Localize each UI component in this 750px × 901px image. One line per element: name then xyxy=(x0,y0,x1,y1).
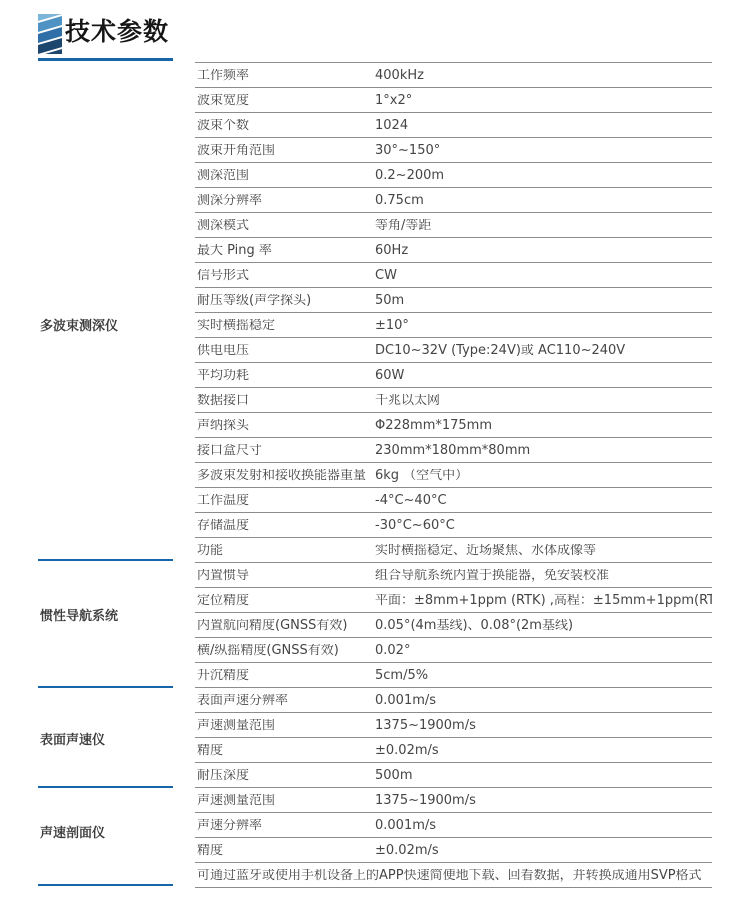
spec-param-name: 耐压等级(声学探头) xyxy=(195,294,375,307)
spec-param-value: DC10~32V (Type:24V)或 AC110~240V xyxy=(375,344,712,357)
spec-param-name: 耐压深度 xyxy=(195,769,375,782)
note-row: 可通过蓝牙或使用手机设备上的APP快速简便地下载、回看数据，并转换成通用SVP格… xyxy=(195,863,712,888)
spec-param-value: 1°x2° xyxy=(375,94,712,107)
spec-row: 平均功耗 60W xyxy=(195,363,712,388)
spec-param-name: 功能 xyxy=(195,544,375,557)
spec-row: 波束开角范围 30°~150° xyxy=(195,138,712,163)
spec-param-value: 千兆以太网 xyxy=(375,394,712,407)
spec-row: 横/纵摇精度(GNSS有效) 0.02° xyxy=(195,638,712,663)
spec-row: 内置航向精度(GNSS有效) 0.05°(4m基线)、0.08°(2m基线) xyxy=(195,613,712,638)
spec-param-name: 横/纵摇精度(GNSS有效) xyxy=(195,644,375,657)
spec-param-value: 0.001m/s xyxy=(375,694,712,707)
spec-param-name: 供电电压 xyxy=(195,344,375,357)
spec-row: 功能 实时横摇稳定、近场聚焦、水体成像等 xyxy=(195,538,712,563)
spec-param-value: 0.75cm xyxy=(375,194,712,207)
spec-row: 工作频率 400kHz xyxy=(195,63,712,88)
spec-param-name: 定位精度 xyxy=(195,594,375,607)
spec-param-name: 工作频率 xyxy=(195,69,375,82)
spec-param-name: 内置航向精度(GNSS有效) xyxy=(195,619,375,632)
spec-row: 升沉精度 5cm/5% xyxy=(195,663,712,688)
spec-param-value: 0.2~200m xyxy=(375,169,712,182)
spec-param-name: 最大 Ping 率 xyxy=(195,244,375,257)
spec-row: 供电电压 DC10~32V (Type:24V)或 AC110~240V xyxy=(195,338,712,363)
spec-param-name: 多波束发射和接收换能器重量 xyxy=(195,469,375,482)
spec-param-name: 声速测量范围 xyxy=(195,719,375,732)
spec-row: 耐压等级(声学探头) 50m xyxy=(195,288,712,313)
title-underline xyxy=(38,58,173,61)
spec-row: 内置惯导 组合导航系统内置于换能器，免安装校准 xyxy=(195,563,712,588)
spec-param-value: 0.05°(4m基线)、0.08°(2m基线) xyxy=(375,619,712,632)
spec-param-name: 声速测量范围 xyxy=(195,794,375,807)
spec-row: 声速分辨率 0.001m/s xyxy=(195,813,712,838)
spec-param-name: 精度 xyxy=(195,844,375,857)
spec-param-value: 0.02° xyxy=(375,644,712,657)
spec-param-value: 1024 xyxy=(375,119,712,132)
spec-param-name: 信号形式 xyxy=(195,269,375,282)
spec-param-value: 400kHz xyxy=(375,69,712,82)
spec-table: 工作频率 400kHz 波束宽度 1°x2° 波束个数 1024 波束开角范围 … xyxy=(195,62,712,888)
spec-param-value: ±0.02m/s xyxy=(375,744,712,757)
spec-param-value: 组合导航系统内置于换能器，免安装校准 xyxy=(375,569,712,582)
spec-row: 实时横摇稳定 ±10° xyxy=(195,313,712,338)
spec-param-name: 波束个数 xyxy=(195,119,375,132)
spec-param-name: 测深模式 xyxy=(195,219,375,232)
spec-param-name: 实时横摇稳定 xyxy=(195,319,375,332)
spec-rows: 工作频率 400kHz 波束宽度 1°x2° 波束个数 1024 波束开角范围 … xyxy=(195,63,712,863)
spec-param-value: 1375~1900m/s xyxy=(375,794,712,807)
spec-param-name: 波束宽度 xyxy=(195,94,375,107)
spec-row: 测深范围 0.2~200m xyxy=(195,163,712,188)
spec-param-name: 升沉精度 xyxy=(195,669,375,682)
spec-param-value: Φ228mm*175mm xyxy=(375,419,712,432)
spec-param-value: 50m xyxy=(375,294,712,307)
spec-param-value: 60Hz xyxy=(375,244,712,257)
spec-param-value: 0.001m/s xyxy=(375,819,712,832)
category-label-sound-velocity-profiler: 声速剖面仪 xyxy=(40,826,190,841)
spec-row: 数据接口 千兆以太网 xyxy=(195,388,712,413)
note-text: 可通过蓝牙或使用手机设备上的APP快速简便地下载、回看数据，并转换成通用SVP格… xyxy=(195,869,712,882)
spec-param-value: 5cm/5% xyxy=(375,669,712,682)
spec-param-value: 500m xyxy=(375,769,712,782)
spec-row: 定位精度 平面：±8mm+1ppm (RTK) ,高程：±15mm+1ppm(R… xyxy=(195,588,712,613)
spec-param-value: 230mm*180mm*80mm xyxy=(375,444,712,457)
section-divider-line xyxy=(38,884,173,886)
spec-param-name: 声纳探头 xyxy=(195,419,375,432)
spec-row: 声速测量范围 1375~1900m/s xyxy=(195,788,712,813)
spec-row: 声速测量范围 1375~1900m/s xyxy=(195,713,712,738)
spec-row: 最大 Ping 率 60Hz xyxy=(195,238,712,263)
section-divider-line xyxy=(38,786,173,788)
spec-param-value: ±0.02m/s xyxy=(375,844,712,857)
spec-param-value: 平面：±8mm+1ppm (RTK) ,高程：±15mm+1ppm(RTK) xyxy=(375,594,712,607)
spec-row: 耐压深度 500m xyxy=(195,763,712,788)
spec-row: 精度 ±0.02m/s xyxy=(195,838,712,863)
spec-row: 接口盒尺寸 230mm*180mm*80mm xyxy=(195,438,712,463)
page-title: 技术参数 xyxy=(65,16,169,49)
spec-param-name: 波束开角范围 xyxy=(195,144,375,157)
spec-row: 多波束发射和接收换能器重量 6kg （空气中） xyxy=(195,463,712,488)
spec-param-name: 声速分辨率 xyxy=(195,819,375,832)
section-divider-line xyxy=(38,686,173,688)
spec-param-name: 平均功耗 xyxy=(195,369,375,382)
spec-sheet-page: 技术参数 多波束测深仪 惯性导航系统 表面声速仪 声速剖面仪 工作频率 400k… xyxy=(0,0,750,901)
spec-param-name: 数据接口 xyxy=(195,394,375,407)
category-label-inertial-navigation: 惯性导航系统 xyxy=(40,609,190,624)
spec-param-name: 表面声速分辨率 xyxy=(195,694,375,707)
spec-param-value: 60W xyxy=(375,369,712,382)
spec-row: 测深分辨率 0.75cm xyxy=(195,188,712,213)
spec-param-value: CW xyxy=(375,269,712,282)
spec-param-value: 6kg （空气中） xyxy=(375,469,712,482)
spec-param-value: 1375~1900m/s xyxy=(375,719,712,732)
spec-row: 表面声速分辨率 0.001m/s xyxy=(195,688,712,713)
spec-param-value: ±10° xyxy=(375,319,712,332)
spec-param-name: 测深范围 xyxy=(195,169,375,182)
spec-param-value: -4°C~40°C xyxy=(375,494,712,507)
section-divider-line xyxy=(38,559,173,561)
spec-row: 存储温度 -30°C~60°C xyxy=(195,513,712,538)
spec-row: 工作温度 -4°C~40°C xyxy=(195,488,712,513)
wave-stripes-icon xyxy=(38,14,62,54)
spec-row: 精度 ±0.02m/s xyxy=(195,738,712,763)
spec-param-value: -30°C~60°C xyxy=(375,519,712,532)
spec-param-value: 等角/等距 xyxy=(375,219,712,232)
spec-param-name: 内置惯导 xyxy=(195,569,375,582)
category-label-multibeam-echosounder: 多波束测深仪 xyxy=(40,319,190,334)
category-label-surface-sound-velocity: 表面声速仪 xyxy=(40,733,190,748)
spec-param-name: 存储温度 xyxy=(195,519,375,532)
spec-row: 信号形式 CW xyxy=(195,263,712,288)
spec-param-value: 实时横摇稳定、近场聚焦、水体成像等 xyxy=(375,544,712,557)
spec-row: 波束宽度 1°x2° xyxy=(195,88,712,113)
spec-param-name: 精度 xyxy=(195,744,375,757)
spec-row: 测深模式 等角/等距 xyxy=(195,213,712,238)
spec-param-name: 测深分辨率 xyxy=(195,194,375,207)
spec-param-name: 工作温度 xyxy=(195,494,375,507)
spec-param-value: 30°~150° xyxy=(375,144,712,157)
spec-param-name: 接口盒尺寸 xyxy=(195,444,375,457)
spec-row: 波束个数 1024 xyxy=(195,113,712,138)
spec-row: 声纳探头 Φ228mm*175mm xyxy=(195,413,712,438)
